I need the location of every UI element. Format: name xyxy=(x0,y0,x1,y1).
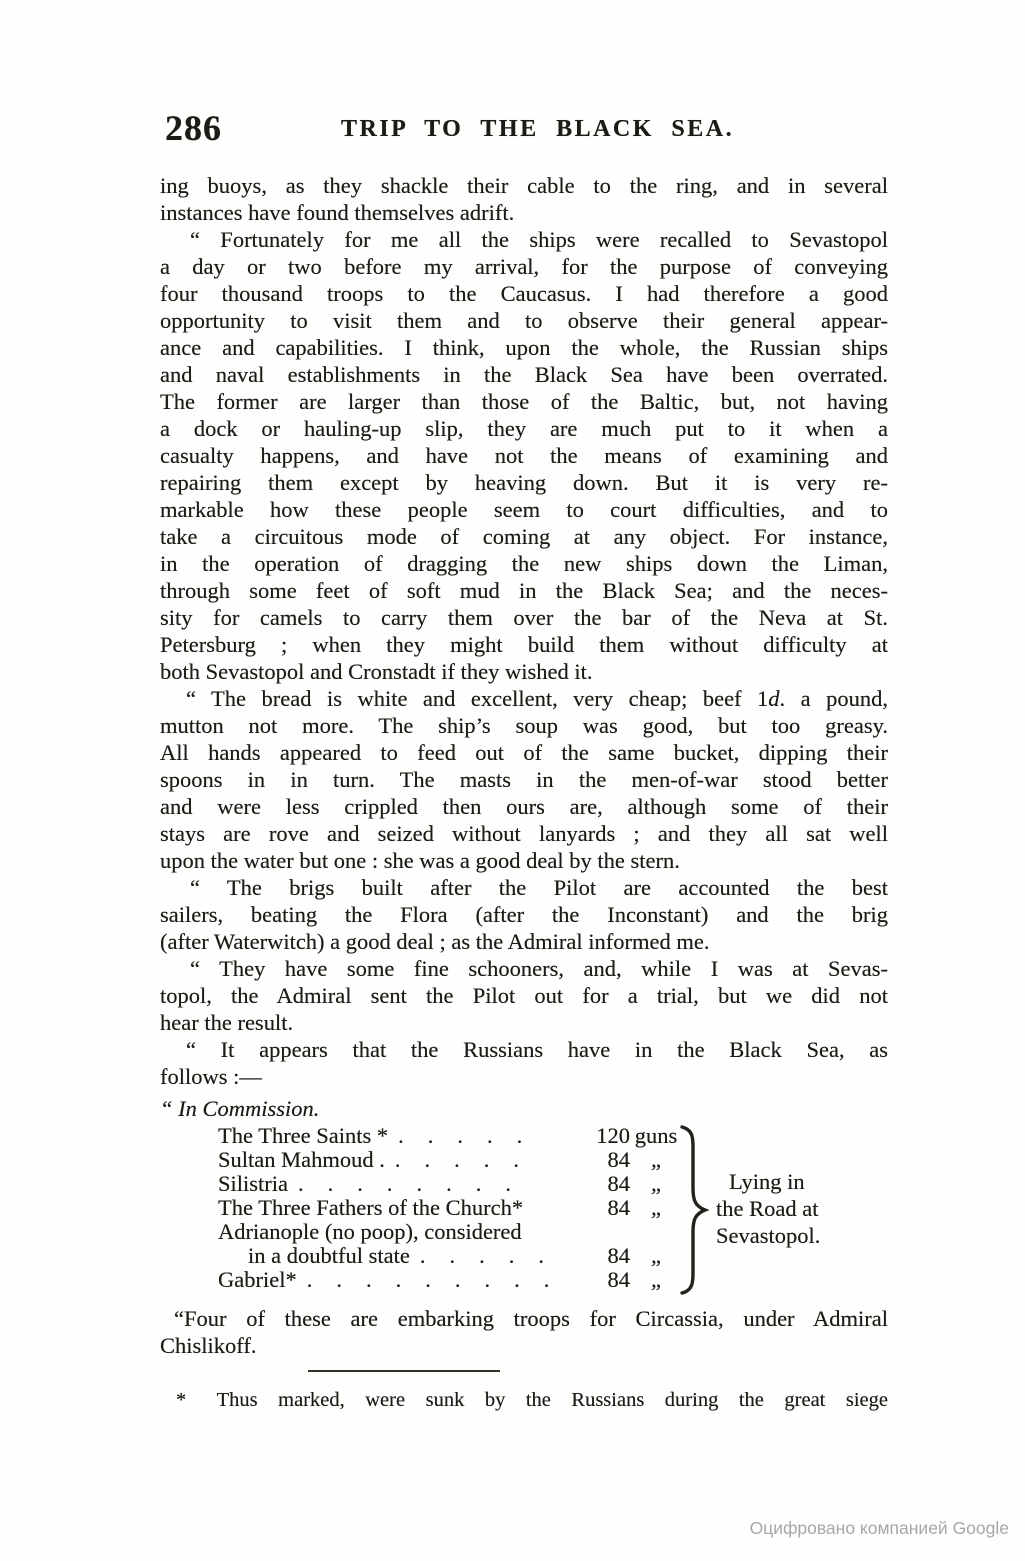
text-line: All hands appeared to feed out of the sa… xyxy=(160,739,888,766)
text-line: a day or two before my arrival, for the … xyxy=(160,253,888,280)
commission-heading: “ In Commission. xyxy=(160,1095,888,1122)
text-line: topol, the Admiral sent the Pilot out fo… xyxy=(160,982,888,1009)
text-line: and naval establishments in the Black Se… xyxy=(160,361,888,388)
ship-name: The Three Saints * xyxy=(160,1124,388,1148)
text-line: casualty happens, and have not the means… xyxy=(160,442,888,469)
guns-count: 84 xyxy=(574,1148,630,1172)
text-line: opportunity to visit them and to observe… xyxy=(160,307,888,334)
commission-section: “ In Commission. The Three Saints *.....… xyxy=(160,1095,888,1296)
text-line: Chislikoff. xyxy=(160,1332,888,1359)
ship-row: The Three Fathers of the Church*84„ xyxy=(160,1196,682,1220)
ship-row: in a doubtful state.....84„ xyxy=(160,1244,682,1268)
footnote-rule xyxy=(308,1370,500,1372)
ship-row: The Three Saints *.....120guns xyxy=(160,1124,682,1148)
text-line: ance and capabilities. I think, upon the… xyxy=(160,334,888,361)
text-line: “ They have some fine schooners, and, wh… xyxy=(160,955,888,982)
ship-name: in a doubtful state xyxy=(160,1244,410,1268)
text-line: a dock or hauling-up slip, they are much… xyxy=(160,415,888,442)
guns-unit: guns xyxy=(630,1124,682,1148)
brace-icon xyxy=(679,1124,709,1296)
guns-count xyxy=(574,1220,630,1244)
text-line: mutton not more. The ship’s soup was goo… xyxy=(160,712,888,739)
paragraph: “ Fortunately for me all the ships were … xyxy=(160,226,888,685)
guns-count: 84 xyxy=(574,1244,630,1268)
text-line: * Thus marked, were sunk by the Russians… xyxy=(160,1387,888,1413)
dot-leader xyxy=(523,1196,574,1220)
body-paragraphs: ing buoys, as they shackle their cable t… xyxy=(160,172,888,1090)
text-line: take a circuitous mode of coming at any … xyxy=(160,523,888,550)
ship-row: Adrianople (no poop), considered xyxy=(160,1220,682,1244)
text-line: follows :— xyxy=(160,1063,888,1090)
text-line: “ It appears that the Russians have in t… xyxy=(160,1036,888,1063)
closing-paragraphs: “Four of these are embarking troops for … xyxy=(160,1305,888,1359)
text-line: both Sevastopol and Cronstadt if they wi… xyxy=(160,658,888,685)
footnote: * Thus marked, were sunk by the Russians… xyxy=(160,1387,888,1413)
guns-unit: „ xyxy=(630,1244,682,1268)
guns-unit: „ xyxy=(630,1196,682,1220)
ship-name: Gabriel* xyxy=(160,1268,297,1292)
book-page: 286 TRIP TO THE BLACK SEA. ing buoys, as… xyxy=(0,0,1025,1561)
brace-label: Lying inthe Road atSevastopol. xyxy=(716,1168,820,1249)
guns-unit: „ xyxy=(630,1148,682,1172)
paragraph: “ They have some fine schooners, and, wh… xyxy=(160,955,888,1036)
paragraph: * Thus marked, were sunk by the Russians… xyxy=(160,1387,888,1413)
paragraph: “ The bread is white and excellent, very… xyxy=(160,685,888,874)
ship-name: The Three Fathers of the Church* xyxy=(160,1196,523,1220)
guns-count: 84 xyxy=(574,1172,630,1196)
text-line: “Four of these are embarking troops for … xyxy=(160,1305,888,1332)
text-line: “ The brigs built after the Pilot are ac… xyxy=(160,874,888,901)
google-watermark: Оцифровано компанией Google xyxy=(750,1518,1009,1539)
ship-row: Gabriel*.........84„ xyxy=(160,1268,682,1292)
dot-leader: ..... xyxy=(388,1124,574,1148)
dot-leader: ..... xyxy=(385,1148,574,1172)
text-line: The former are larger than those of the … xyxy=(160,388,888,415)
paragraph: “ The brigs built after the Pilot are ac… xyxy=(160,874,888,955)
text-line: hear the result. xyxy=(160,1009,888,1036)
text-line: (after Waterwitch) a good deal ; as the … xyxy=(160,928,888,955)
page-body: ing buoys, as they shackle their cable t… xyxy=(160,172,888,1413)
ship-name: Adrianople (no poop), considered xyxy=(160,1220,522,1244)
text-line: “ Fortunately for me all the ships were … xyxy=(160,226,888,253)
ship-name: Sultan Mahmoud . xyxy=(160,1148,385,1172)
dot-leader: ......... xyxy=(297,1268,574,1292)
dot-leader: ........ xyxy=(288,1172,574,1196)
guns-unit: „ xyxy=(630,1172,682,1196)
text-line: sailers, beating the Flora (after the In… xyxy=(160,901,888,928)
text-line: instances have found themselves adrift. xyxy=(160,199,888,226)
text-line: spoons in in turn. The masts in the men-… xyxy=(160,766,888,793)
page-number: 286 xyxy=(165,110,222,146)
text-line: and were less crippled then ours are, al… xyxy=(160,793,888,820)
dot-leader xyxy=(522,1220,574,1244)
guns-count: 84 xyxy=(574,1268,630,1292)
ship-row: Sultan Mahmoud ......84„ xyxy=(160,1148,682,1172)
text-line: through some feet of soft mud in the Bla… xyxy=(160,577,888,604)
text-line: “ The bread is white and excellent, very… xyxy=(160,685,888,712)
paragraph: “Four of these are embarking troops for … xyxy=(160,1305,888,1359)
brace-label-line: the Road at xyxy=(716,1195,820,1222)
text-line: stays are rove and seized without lanyar… xyxy=(160,820,888,847)
dot-leader: ..... xyxy=(410,1244,574,1268)
guns-count: 84 xyxy=(574,1196,630,1220)
text-line: repairing them except by heaving down. B… xyxy=(160,469,888,496)
text-line: ing buoys, as they shackle their cable t… xyxy=(160,172,888,199)
text-line: sity for camels to carry them over the b… xyxy=(160,604,888,631)
paragraph: ing buoys, as they shackle their cable t… xyxy=(160,172,888,226)
brace-label-line: Lying in xyxy=(716,1168,820,1195)
text-line: upon the water but one : she was a good … xyxy=(160,847,888,874)
commission-list: The Three Saints *.....120gunsSultan Mah… xyxy=(160,1124,888,1296)
guns-unit xyxy=(630,1220,682,1244)
guns-unit: „ xyxy=(630,1268,682,1292)
ship-name: Silistria xyxy=(160,1172,288,1196)
brace-label-line: Sevastopol. xyxy=(716,1222,820,1249)
text-line: markable how these people seem to court … xyxy=(160,496,888,523)
text-line: in the operation of dragging the new shi… xyxy=(160,550,888,577)
ship-row: Silistria........84„ xyxy=(160,1172,682,1196)
running-title: TRIP TO THE BLACK SEA. xyxy=(341,117,734,141)
guns-count: 120 xyxy=(574,1124,630,1148)
text-line: Petersburg ; when they might build them … xyxy=(160,631,888,658)
paragraph: “ It appears that the Russians have in t… xyxy=(160,1036,888,1090)
text-line: four thousand troops to the Caucasus. I … xyxy=(160,280,888,307)
